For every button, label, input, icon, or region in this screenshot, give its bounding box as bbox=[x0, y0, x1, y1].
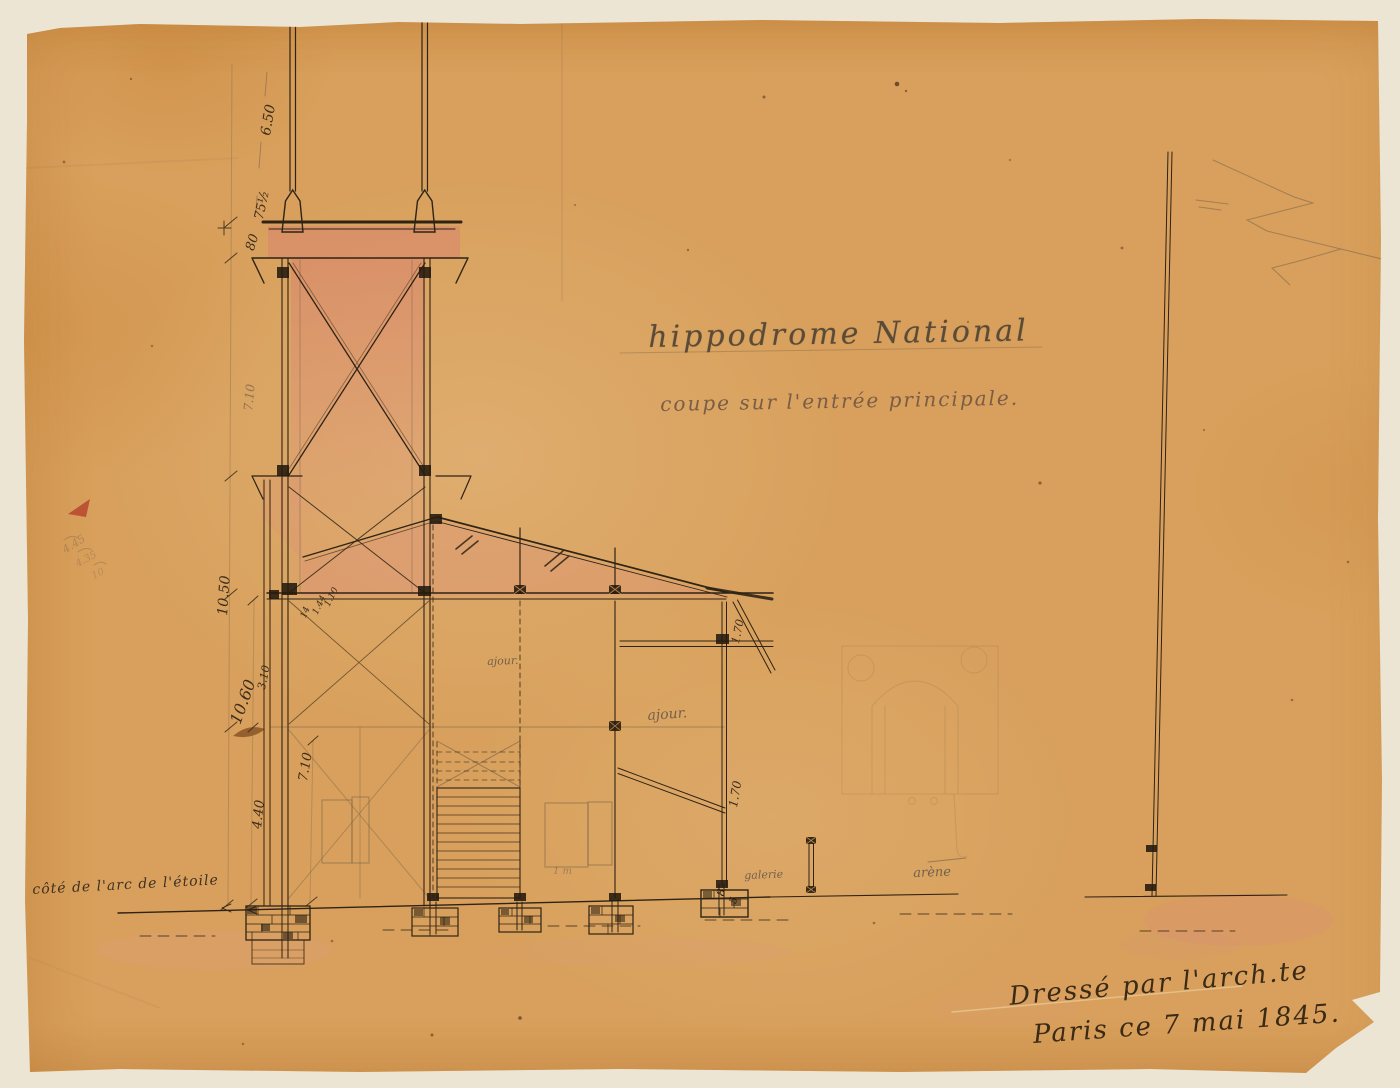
signature-line-2: Paris ce 7 mai 1845. bbox=[1032, 998, 1342, 1049]
dimension-7-10-mid: 7.10 bbox=[296, 751, 316, 782]
label-arene: arène bbox=[913, 865, 951, 881]
foundation-3 bbox=[499, 902, 541, 932]
ink-layer bbox=[118, 0, 1287, 964]
drawing-sheet: hippodrome National coupe sur l'entrée p… bbox=[0, 0, 1400, 1088]
flag-sketch bbox=[1196, 160, 1394, 285]
joint-blocks bbox=[247, 267, 1157, 939]
dimension-10-50: 10.50 bbox=[215, 575, 234, 616]
foundation-left bbox=[246, 906, 310, 964]
dimension-6-50: 6.50 bbox=[258, 103, 279, 136]
mast-socket-right bbox=[414, 190, 435, 232]
dimension-10-60: 10.60 bbox=[226, 677, 260, 727]
foundation-mark-8: 8 bbox=[714, 887, 728, 897]
faint-figure-a: 4.45 bbox=[60, 532, 88, 556]
dimension-80: 80 bbox=[243, 232, 262, 252]
arena-post bbox=[809, 840, 814, 892]
foundation-4 bbox=[589, 900, 633, 934]
faint-figure-c: 10 bbox=[90, 566, 106, 581]
section-drawing bbox=[0, 0, 1400, 1088]
staircase bbox=[437, 788, 520, 898]
dimension-14: 14 bbox=[299, 605, 313, 619]
red-mark bbox=[68, 499, 90, 517]
mast-socket-left bbox=[282, 190, 303, 232]
masts bbox=[290, 0, 428, 191]
flagpole bbox=[1152, 152, 1172, 896]
dimension-75: 75½ bbox=[252, 189, 273, 221]
ground-line bbox=[118, 897, 770, 913]
drawing-subtitle: coupe sur l'entrée principale. bbox=[660, 386, 1019, 416]
joint-block-crosses bbox=[514, 585, 816, 893]
roof-chord bbox=[437, 517, 727, 593]
scan-mount: hippodrome National coupe sur l'entrée p… bbox=[0, 0, 1400, 1088]
dimension-1-70-eave: 1.70 bbox=[729, 618, 747, 645]
pencil-layer bbox=[26, 24, 1394, 1012]
dimension-1-70-low: 1.70 bbox=[726, 780, 744, 809]
dimension-3-10: 3.10 bbox=[255, 664, 273, 691]
drawing-title: hippodrome National bbox=[648, 313, 1029, 355]
dimension-7-10-top: 7.10 bbox=[241, 383, 258, 411]
dimension-4-40: 4.40 bbox=[250, 799, 268, 829]
label-ajour-upper: ajour. bbox=[487, 654, 519, 668]
faint-figure-b: 4.35 bbox=[74, 550, 99, 570]
foundation-2 bbox=[412, 902, 458, 936]
dimension-1m: 1 m bbox=[553, 866, 572, 877]
faint-arch-sketch bbox=[842, 646, 998, 857]
tower-posts bbox=[282, 258, 430, 906]
dimension-1-10: 1.10 bbox=[323, 586, 341, 608]
label-galerie: galerie bbox=[744, 868, 783, 882]
foxing-specks bbox=[63, 78, 1350, 1045]
site-note: côté de l'arc de l'étoile bbox=[32, 872, 219, 898]
label-ajour-lower: ajour. bbox=[647, 705, 688, 724]
foundation-mark-5: 5 bbox=[728, 896, 740, 905]
brown-smudge bbox=[233, 727, 265, 737]
